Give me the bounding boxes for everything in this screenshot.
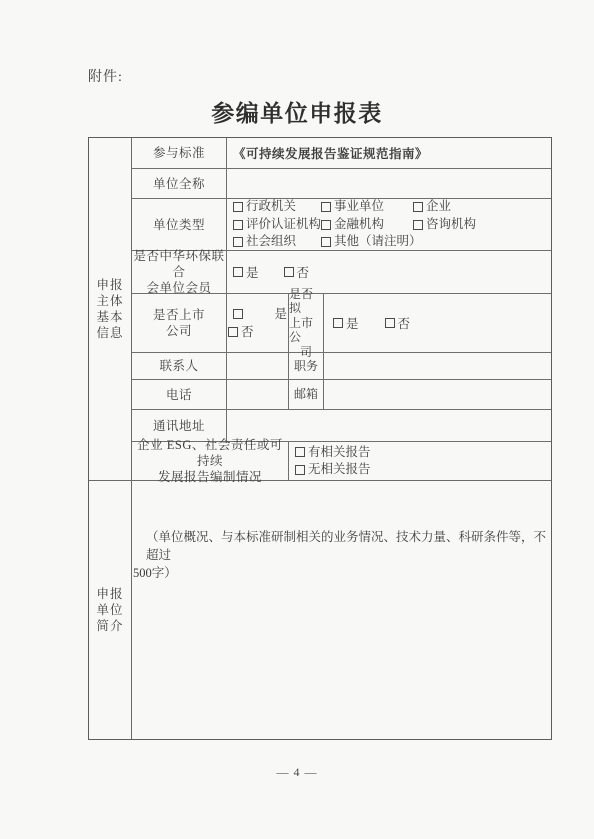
checkbox-label: 其他（请注明） <box>334 233 422 251</box>
row-member: 是否中华环保联合 会单位会员 是 否 <box>132 251 551 294</box>
section-header-line: 申报 <box>96 277 123 293</box>
checkbox-icon <box>233 202 243 212</box>
contact-title-label: 职务 <box>289 353 324 379</box>
section-unit-intro: 申报 单位 简介 （单位概况、与本标准研制相关的业务情况、技术力量、科研条件等，… <box>89 481 551 739</box>
checkbox-label: 行政机关 <box>246 198 296 216</box>
checkbox-icon <box>295 465 305 475</box>
page-title: 参编单位申报表 <box>0 95 594 128</box>
pre-listed-label-line: 上市公 <box>289 316 323 345</box>
contact-name-field[interactable] <box>227 353 289 379</box>
member-label: 是否中华环保联合 会单位会员 <box>132 251 227 293</box>
standard-label: 参与标准 <box>132 138 227 168</box>
checkbox-listed-no[interactable]: 否 <box>228 323 254 341</box>
email-label: 邮箱 <box>289 380 324 409</box>
application-form-table: 申报 主体 基本 信息 参与标准 《可持续发展报告鉴证规范指南》 单位全称 <box>88 137 552 740</box>
listed-option-no-row: 否 <box>227 323 288 341</box>
listed-options: 是 否 <box>227 294 289 352</box>
checkbox-listed-yes[interactable] <box>233 309 243 319</box>
checkbox-icon <box>413 202 423 212</box>
pre-listed-label-line: 是否拟 <box>289 287 323 316</box>
checkbox-label: 无相关报告 <box>308 461 371 479</box>
phone-label: 电话 <box>132 380 227 409</box>
checkbox-label: 否 <box>241 323 254 341</box>
row-unit-name: 单位全称 <box>132 169 551 199</box>
section-header-unit-intro: 申报 单位 简介 <box>89 481 132 739</box>
checkbox-unit-type-7[interactable]: 其他（请注明） <box>321 233 413 251</box>
checkbox-unit-type-3[interactable]: 评价认证机构 <box>233 216 321 234</box>
member-label-line: 是否中华环保联合 <box>132 248 226 280</box>
checkbox-esg-no-report[interactable]: 无相关报告 <box>295 461 371 479</box>
document-page: 附件: 参编单位申报表 申报 主体 基本 信息 参与标准 《可持续发展报告鉴证规… <box>0 0 594 839</box>
checkbox-unit-type-4[interactable]: 金融机构 <box>321 216 413 234</box>
pre-listed-options: 是 否 <box>324 294 551 352</box>
esg-label-line: 企业 ESG、社会责任或可持续 <box>132 437 288 469</box>
checkbox-label: 咨询机构 <box>426 216 476 234</box>
section-header-line: 单位 <box>96 602 123 618</box>
checkbox-label: 金融机构 <box>334 216 384 234</box>
checkbox-icon <box>385 318 395 328</box>
checkbox-member-yes[interactable]: 是 <box>233 263 259 281</box>
checkbox-label: 有相关报告 <box>308 444 371 462</box>
form-rows: 参与标准 《可持续发展报告鉴证规范指南》 单位全称 单位类型 行政机关 事业单位… <box>132 138 551 480</box>
checkbox-label: 是 <box>274 305 287 323</box>
checkbox-member-no[interactable]: 否 <box>284 263 310 281</box>
checkbox-icon <box>233 220 243 230</box>
checkbox-label: 企业 <box>426 198 451 216</box>
attachment-label: 附件: <box>88 66 123 86</box>
checkbox-unit-type-0[interactable]: 行政机关 <box>233 198 321 216</box>
page-number: — 4 — <box>0 765 594 780</box>
checkbox-label: 事业单位 <box>334 198 384 216</box>
listed-label: 是否上市 公司 <box>132 294 227 352</box>
unit-intro-field[interactable]: （单位概况、与本标准研制相关的业务情况、技术力量、科研条件等，不超过 500字） <box>132 481 551 739</box>
checkbox-unit-type-6[interactable]: 社会组织 <box>233 233 321 251</box>
checkbox-label: 社会组织 <box>246 233 296 251</box>
checkbox-icon <box>233 237 243 247</box>
email-field[interactable] <box>324 380 551 409</box>
row-unit-type: 单位类型 行政机关 事业单位 企业 评价认证机构 金融机构 咨询机构 社会组织 … <box>132 199 551 251</box>
checkbox-icon <box>228 327 238 337</box>
phone-field[interactable] <box>227 380 289 409</box>
checkbox-label: 否 <box>297 263 310 281</box>
checkbox-icon <box>413 220 423 230</box>
unit-name-field[interactable] <box>227 169 551 198</box>
section-header-basic-info: 申报 主体 基本 信息 <box>89 138 132 480</box>
row-contact: 联系人 职务 <box>132 353 551 380</box>
checkbox-icon <box>295 447 305 457</box>
section-header-line: 主体 <box>96 293 123 309</box>
listed-label-line: 公司 <box>166 323 192 339</box>
checkbox-label: 是 <box>246 263 259 281</box>
member-options: 是 否 <box>227 251 551 293</box>
esg-label: 企业 ESG、社会责任或可持续 发展报告编制情况 <box>132 442 289 480</box>
pre-listed-label: 是否拟 上市公 司 <box>289 294 324 352</box>
checkbox-label: 否 <box>398 314 411 332</box>
row-standard: 参与标准 《可持续发展报告鉴证规范指南》 <box>132 138 551 169</box>
checkbox-esg-has-report[interactable]: 有相关报告 <box>295 444 371 462</box>
checkbox-unit-type-2[interactable]: 企业 <box>413 198 551 216</box>
checkbox-prelisted-no[interactable]: 否 <box>385 314 411 332</box>
checkbox-icon <box>321 202 331 212</box>
unit-type-label: 单位类型 <box>132 199 227 250</box>
checkbox-label: 评价认证机构 <box>246 216 321 234</box>
checkbox-unit-type-1[interactable]: 事业单位 <box>321 198 413 216</box>
row-phone: 电话 邮箱 <box>132 380 551 410</box>
checkbox-icon <box>321 220 331 230</box>
checkbox-unit-type-5[interactable]: 咨询机构 <box>413 216 551 234</box>
contact-label: 联系人 <box>132 353 227 379</box>
unit-name-label: 单位全称 <box>132 169 227 198</box>
section-header-line: 简介 <box>96 618 123 634</box>
section-basic-info: 申报 主体 基本 信息 参与标准 《可持续发展报告鉴证规范指南》 单位全称 <box>89 138 551 481</box>
unit-type-options: 行政机关 事业单位 企业 评价认证机构 金融机构 咨询机构 社会组织 其他（请注… <box>227 199 551 250</box>
contact-title-field[interactable] <box>324 353 551 379</box>
standard-value: 《可持续发展报告鉴证规范指南》 <box>227 138 551 168</box>
listed-label-line: 是否上市 <box>153 307 205 323</box>
section-header-line: 信息 <box>96 325 123 341</box>
checkbox-icon <box>321 237 331 247</box>
checkbox-icon <box>284 267 294 277</box>
unit-intro-note-line: 500字） <box>132 564 551 582</box>
section-header-line: 基本 <box>96 309 123 325</box>
checkbox-icon <box>333 318 343 328</box>
unit-intro-note-line: （单位概况、与本标准研制相关的业务情况、技术力量、科研条件等，不超过 <box>132 528 551 564</box>
row-listed: 是否上市 公司 是 否 是否拟 上市公 <box>132 294 551 353</box>
row-esg: 企业 ESG、社会责任或可持续 发展报告编制情况 有相关报告 无相关报告 <box>132 442 551 480</box>
section-header-line: 申报 <box>96 586 123 602</box>
esg-options: 有相关报告 无相关报告 <box>289 442 551 480</box>
checkbox-icon <box>233 267 243 277</box>
checkbox-prelisted-yes[interactable]: 是 <box>333 314 359 332</box>
listed-option-yes-row: 是 <box>227 305 288 323</box>
checkbox-label: 是 <box>346 314 359 332</box>
